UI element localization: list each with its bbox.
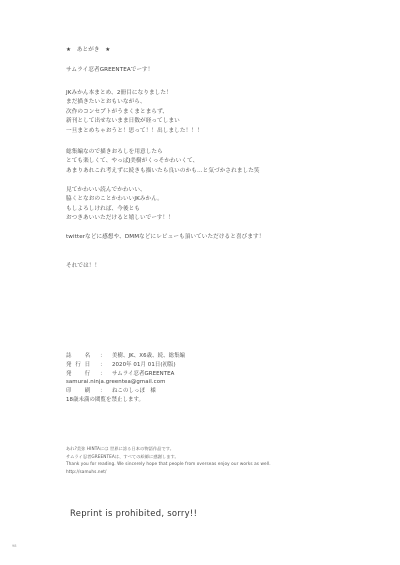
colophon-value: ねこのしっぽ 様 — [112, 387, 156, 396]
colophon-label: 発行日 — [66, 361, 100, 370]
text-line: twitterなどに感想や、DMMなどにレビューも頂いていただけると喜びます！ — [66, 233, 264, 242]
text-line: まだ描きたいとおもいながら、 — [66, 98, 203, 107]
text-line: あまりあれこれ考えずに続きも描いたら良いのかも…と気づかされました笑 — [66, 167, 260, 176]
greeting-line: サムライ忍者GREENTEAでーす！ — [66, 66, 153, 75]
text-line: JKみかん本まとめ、2冊目になりました！ — [66, 89, 203, 98]
text-line: もしよろしければ、今後とも — [66, 205, 174, 214]
note-line: サムライ忍者GREENTEAは、すべての絵師に感謝します。 — [66, 453, 271, 461]
note-line: http://samuhs.net/ — [66, 468, 271, 476]
colophon-separator: ： — [100, 352, 112, 361]
paragraph-2: 総集編なので描きおろしを用意したら とても楽しくて、やっぱJ美樹がくっそかわいく… — [66, 148, 260, 176]
colophon-separator: ： — [100, 387, 112, 396]
colophon: 誌 名 ： 美樹、JK、X6歳、続、総集編 発行日 ： 2020年 01月 01… — [66, 352, 185, 405]
page-number: 98 — [12, 544, 16, 548]
text-line: 新刊として出せないまま日数が経ってしまい — [66, 117, 203, 126]
colophon-value: 2020年 01月 01日(初版) — [112, 361, 176, 370]
closing-line: それでは！！ — [66, 262, 100, 271]
text-line: 一旦まとめちゃおうと！思って！！出しました！！！ — [66, 127, 203, 136]
reprint-notice: Reprint is prohibited, sorry!! — [70, 508, 197, 518]
colophon-separator: ： — [100, 370, 112, 379]
note-line: Thank you for reading. We sincerely hope… — [66, 460, 271, 468]
afterword-page: ★ あとがき ★ サムライ忍者GREENTEAでーす！ JKみかん本まとめ、2冊… — [0, 0, 400, 565]
text-line: おつきあいいただけると嬉しいでーす！！ — [66, 214, 174, 223]
footer-notes: あれ?美弥 HINTAには 世界に誇る日本の物語作品です。 サムライ忍者GREE… — [66, 445, 271, 475]
paragraph-4: twitterなどに感想や、DMMなどにレビューも頂いていただけると喜びます！ — [66, 233, 264, 242]
text-line: 次作のコンセプトがうまくまとまらず、 — [66, 108, 203, 117]
colophon-row-date: 発行日 ： 2020年 01月 01日(初版) — [66, 361, 185, 370]
text-line: 総集編なので描きおろしを用意したら — [66, 148, 260, 157]
colophon-row-publisher: 発 行 ： サムライ忍者GREENTEA — [66, 370, 185, 379]
colophon-label: 発 行 — [66, 370, 100, 379]
colophon-row-title: 誌 名 ： 美樹、JK、X6歳、続、総集編 — [66, 352, 185, 361]
colophon-value: サムライ忍者GREENTEA — [112, 370, 174, 379]
note-line: あれ?美弥 HINTAには 世界に誇る日本の物語作品です。 — [66, 445, 271, 453]
text-line: 脇くとなおのことかわいいJKみかん。 — [66, 195, 174, 204]
colophon-separator: ： — [100, 361, 112, 370]
colophon-value: 美樹、JK、X6歳、続、総集編 — [112, 352, 185, 361]
text-line: 見てかわいい読んでかわいい、 — [66, 186, 174, 195]
paragraph-1: JKみかん本まとめ、2冊目になりました！ まだ描きたいとおもいながら、 次作のコ… — [66, 89, 203, 136]
text-line: とても楽しくて、やっぱJ美樹がくっそかわいくて、 — [66, 157, 260, 166]
age-notice: 18歳未満の閲覧を禁止します。 — [66, 396, 185, 405]
colophon-label: 印 刷 — [66, 387, 100, 396]
afterword-heading: ★ あとがき ★ — [66, 46, 110, 55]
colophon-row-printer: 印 刷 ： ねこのしっぽ 様 — [66, 387, 185, 396]
colophon-label: 誌 名 — [66, 352, 100, 361]
paragraph-3: 見てかわいい読んでかわいい、 脇くとなおのことかわいいJKみかん。 もしよろしけ… — [66, 186, 174, 224]
contact-email: samurai.ninja.greentea@gmail.com — [66, 378, 185, 387]
